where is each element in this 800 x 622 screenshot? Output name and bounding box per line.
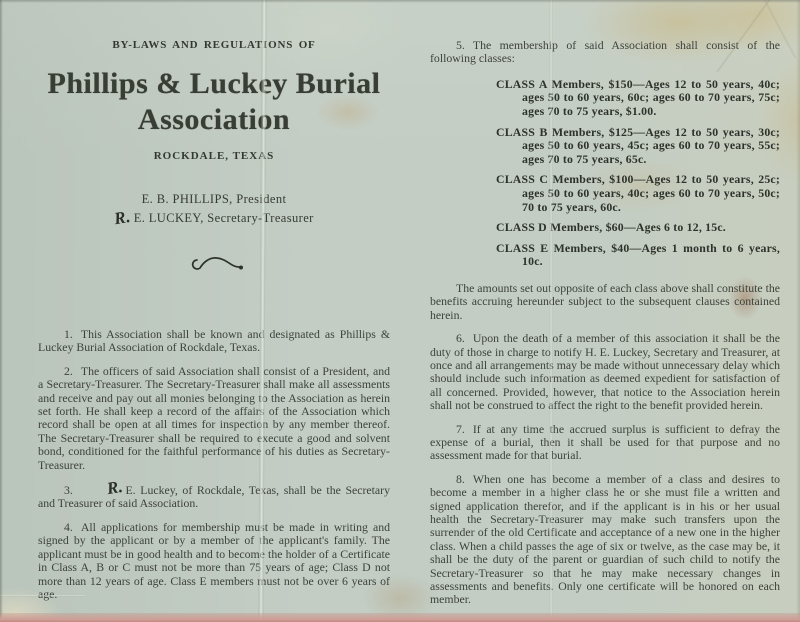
class-d-item: CLASS D Members, $60—Ages 6 to 12, 15c. — [430, 221, 780, 235]
article-2: 2.The officers of said Association shall… — [38, 365, 390, 472]
membership-class-list: CLASS A Members, $150—Ages 12 to 50 year… — [430, 78, 780, 269]
masthead-kicker: BY-LAWS AND REGULATIONS OF — [38, 39, 390, 51]
document-title-line1: Phillips & Luckey Burial — [48, 67, 381, 100]
article-1: 1.This Association shall be known and de… — [38, 328, 390, 355]
class-c-item: CLASS C Members, $100—Ages 12 to 50 year… — [430, 173, 780, 214]
officer-president: E. B. PHILLIPS, President — [38, 191, 390, 208]
officer-secretary: R.E. LUCKEY, Secretary-Treasurer — [38, 208, 390, 227]
officer-secretary-name: E. LUCKEY, Secretary-Treasurer — [134, 211, 314, 225]
document-page: BY-LAWS AND REGULATIONS OF Phillips & Lu… — [0, 0, 800, 622]
location-line: ROCKDALE, TEXAS — [38, 150, 390, 162]
swash-ornament-icon — [44, 251, 390, 282]
class-e-item: CLASS E Members, $40—Ages 1 month to 6 y… — [430, 242, 780, 269]
document-title-line2: Association — [138, 103, 290, 136]
officers-block: E. B. PHILLIPS, President R.E. LUCKEY, S… — [38, 191, 390, 227]
paper-edge-right — [796, 0, 800, 622]
document-title: Phillips & Luckey Burial Association — [38, 66, 390, 138]
handwritten-initial: R. — [113, 208, 132, 227]
paper-edge-left — [0, 0, 3, 622]
article-7: 7.If at any time the accrued surplus is … — [430, 423, 780, 463]
left-column: BY-LAWS AND REGULATIONS OF Phillips & Lu… — [38, 0, 390, 622]
article-4: 4.All applications for membership must b… — [38, 521, 390, 601]
class-a-item: CLASS A Members, $150—Ages 12 to 50 year… — [430, 78, 780, 119]
article-8: 8.When one has become a member of a clas… — [430, 473, 780, 607]
article-6: 6.Upon the death of a member of this ass… — [430, 332, 780, 412]
right-column: 5.The membership of said Association sha… — [430, 0, 780, 622]
article-3: 3.R.E. Luckey, of Rockdale, Texas, shall… — [38, 482, 390, 511]
article-5: 5.The membership of said Association sha… — [430, 39, 780, 66]
amounts-note: The amounts set out opposite of each cla… — [430, 282, 780, 322]
class-b-item: CLASS B Members, $125—Ages 12 to 50 year… — [430, 126, 780, 167]
